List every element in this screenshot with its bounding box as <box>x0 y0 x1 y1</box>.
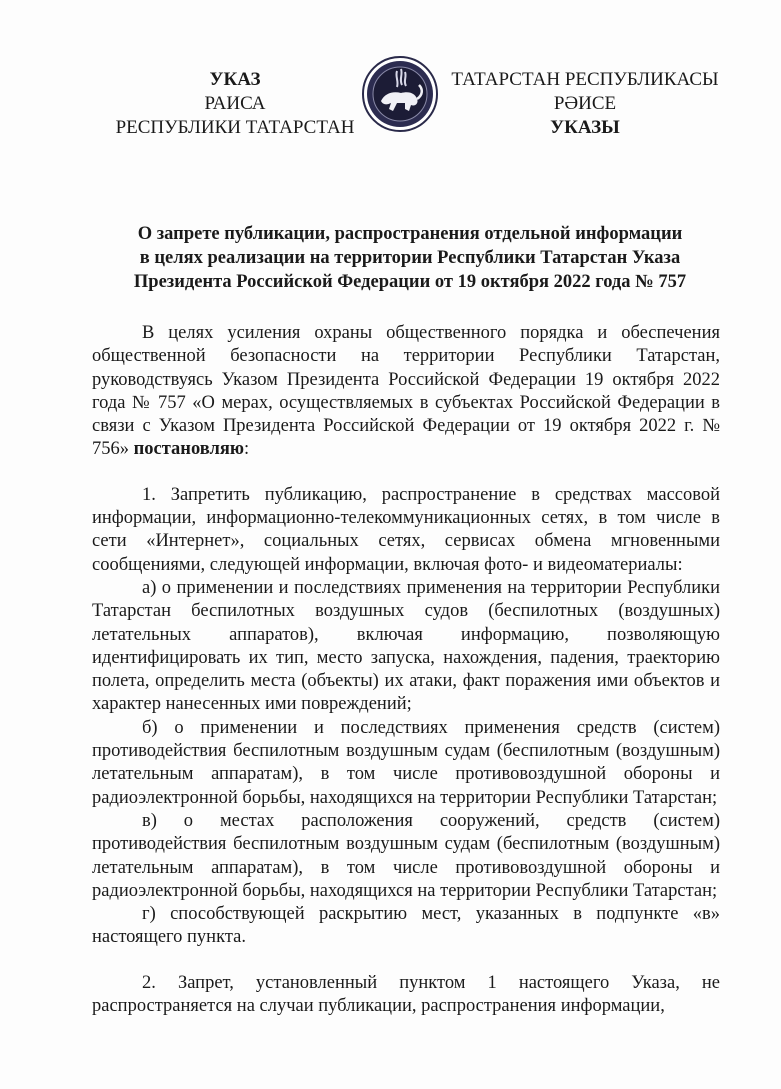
header-right-tatar: ТАТАРСТАН РЕСПУБЛИКАСЫ РӘИСЕ УКАЗЫ <box>445 68 725 140</box>
clause-1-item-a: а) о применении и последствиях применени… <box>92 577 720 717</box>
header-left-line1: УКАЗ <box>100 68 370 92</box>
clause-1-item-g: г) способствующей раскрытию мест, указан… <box>92 903 720 950</box>
spacer <box>92 462 720 484</box>
spacer <box>92 950 720 972</box>
header-right-line3: УКАЗЫ <box>445 116 725 140</box>
document-title: О запрете публикации, распространения от… <box>100 222 720 294</box>
coat-of-arms-icon <box>361 55 439 133</box>
header-right-line2: РӘИСЕ <box>445 92 725 116</box>
header-left-line2: РАИСА <box>100 92 370 116</box>
title-line3: Президента Российской Федерации от 19 ок… <box>100 270 720 294</box>
header-left-russian: УКАЗ РАИСА РЕСПУБЛИКИ ТАТАРСТАН <box>100 68 370 140</box>
clause-1-paragraph: 1. Запретить публикацию, распространение… <box>92 484 720 577</box>
preamble-tail: : <box>244 439 249 459</box>
header-left-line3: РЕСПУБЛИКИ ТАТАРСТАН <box>100 116 370 140</box>
clause-1-item-b: б) о применении и последствиях применени… <box>92 717 720 810</box>
title-line2: в целях реализации на территории Республ… <box>100 246 720 270</box>
title-line1: О запрете публикации, распространения от… <box>100 222 720 246</box>
document-body: В целях усиления охраны общественного по… <box>92 322 720 1018</box>
clause-2-paragraph: 2. Запрет, установленный пунктом 1 насто… <box>92 972 720 1019</box>
clause-1-item-v: в) о местах расположения сооружений, сре… <box>92 810 720 903</box>
header-right-line1: ТАТАРСТАН РЕСПУБЛИКАСЫ <box>445 68 725 92</box>
decree-word: постановляю <box>134 439 244 459</box>
document-page: УКАЗ РАИСА РЕСПУБЛИКИ ТАТАРСТАН ТАТАРСТА… <box>0 0 781 1089</box>
preamble-paragraph: В целях усиления охраны общественного по… <box>92 322 720 462</box>
